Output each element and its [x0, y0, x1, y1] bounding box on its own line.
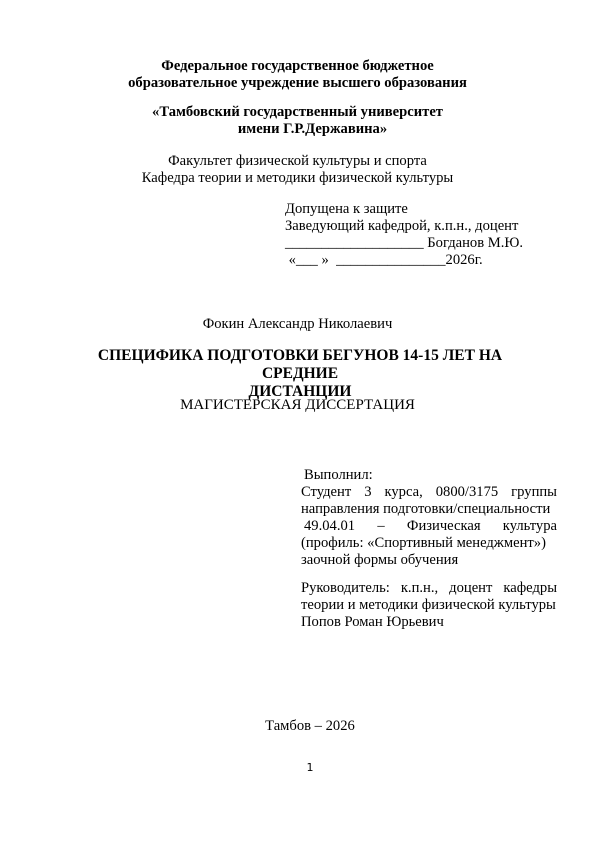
approval-block: Допущена к защите Заведующий кафедрой, к… [285, 201, 545, 269]
performer-heading: Выполнил: [301, 467, 557, 484]
chair-name: Кафедра теории и методики физической кул… [0, 170, 595, 187]
supervisor-name: Попов Роман Юрьевич [301, 614, 557, 631]
performer-line-3: 49.04.01 – Физическая культура [301, 518, 557, 535]
university-line-1: «Тамбовский государственный университет [0, 104, 595, 121]
supervisor-line-2: теории и методики физической культуры [301, 597, 557, 614]
organization-header: Федеральное государственное бюджетное об… [0, 58, 595, 92]
approval-head-position: Заведующий кафедрой, к.п.н., доцент [285, 218, 545, 235]
performer-line-5: заочной формы обучения [301, 552, 557, 569]
performer-line-4: (профиль: «Спортивный менеджмент») [301, 535, 557, 552]
performer-line-2: направления подготовки/специальности [301, 501, 557, 518]
approval-signature-line: ___________________ Богданов М.Ю. [285, 235, 545, 252]
author-name: Фокин Александр Николаевич [0, 316, 595, 333]
supervisor-line-1: Руководитель: к.п.н., доцент кафедры [301, 580, 557, 597]
thesis-title: СПЕЦИФИКА ПОДГОТОВКИ БЕГУНОВ 14-15 ЛЕТ Н… [80, 347, 520, 401]
approval-date-line: «___ » _______________2026г. [285, 252, 545, 269]
university-line-2: имени Г.Р.Державина» [0, 121, 595, 138]
city-year: Тамбов – 2026 [0, 718, 595, 735]
performer-block: Выполнил: Студент 3 курса, 0800/3175 гру… [301, 467, 557, 569]
thesis-title-line-1: СПЕЦИФИКА ПОДГОТОВКИ БЕГУНОВ 14-15 ЛЕТ Н… [80, 347, 520, 383]
performer-line-1: Студент 3 курса, 0800/3175 группы [301, 484, 557, 501]
page-number: 1 [0, 760, 595, 777]
approval-heading: Допущена к защите [285, 201, 545, 218]
faculty-name: Факультет физической культуры и спорта [0, 153, 595, 170]
department-block: Факультет физической культуры и спорта К… [0, 153, 595, 187]
supervisor-block: Руководитель: к.п.н., доцент кафедры тео… [301, 580, 557, 631]
organization-line-1: Федеральное государственное бюджетное [0, 58, 595, 75]
organization-line-2: образовательное учреждение высшего образ… [0, 75, 595, 92]
work-type: МАГИСТЕРСКАЯ ДИССЕРТАЦИЯ [0, 397, 595, 414]
university-name: «Тамбовский государственный университет … [0, 104, 595, 138]
